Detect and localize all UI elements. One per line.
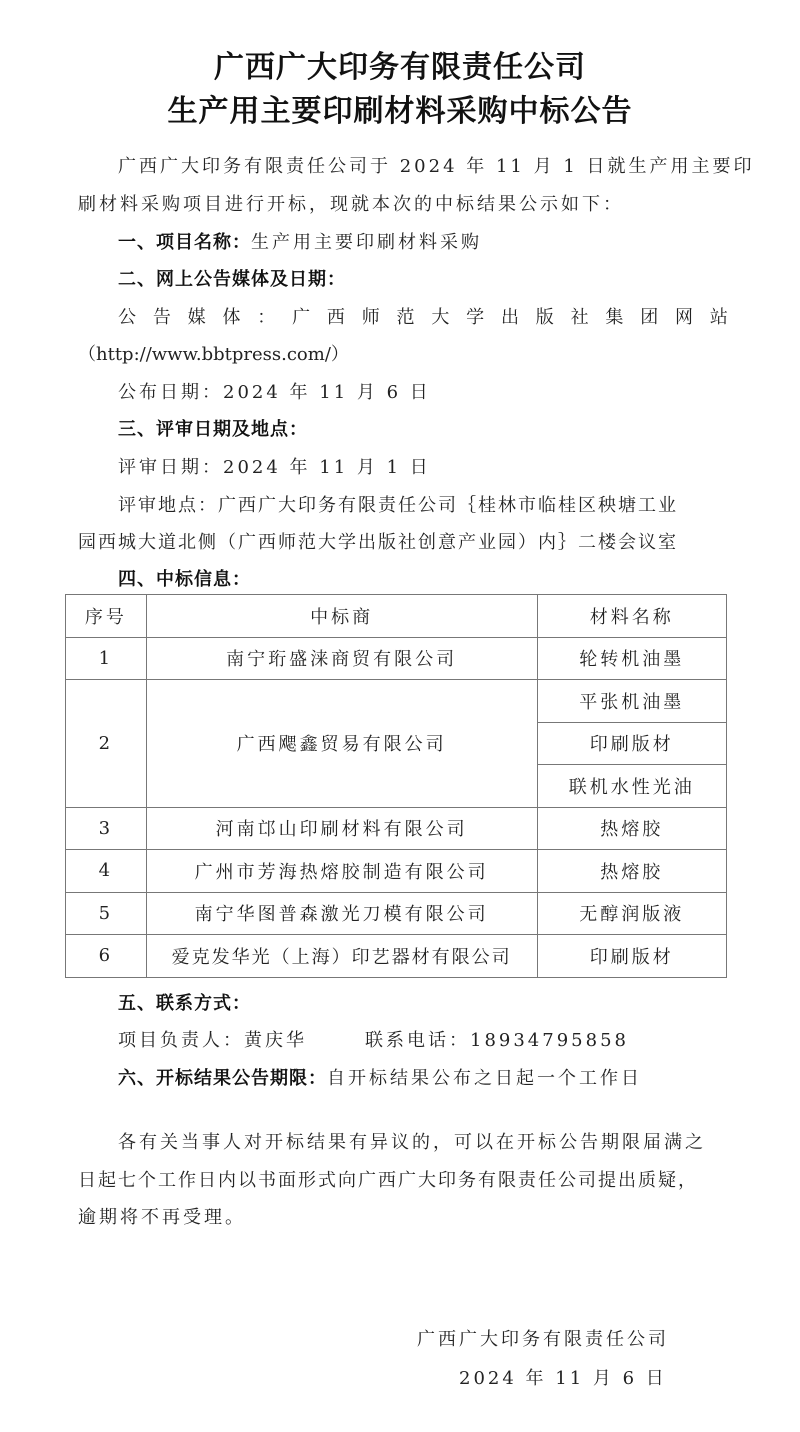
media-url-link[interactable]: （http://www.bbtpress.com/） (78, 343, 349, 367)
section-bid-info-heading: 四、中标信息： (118, 568, 251, 592)
header-material: 材料名称 (537, 595, 726, 638)
row-vendor: 广西飔鑫贸易有限公司 (146, 680, 537, 808)
section-heading: 六、开标结果公告期限： (118, 1068, 327, 1089)
intro-line-1: 广西广大印务有限责任公司于 2024 年 11 月 1 日就生产用主要印 (118, 155, 755, 179)
project-name-value: 生产用主要印刷材料采购 (251, 232, 482, 253)
media-char: 西 (327, 306, 345, 330)
row-vendor: 南宁华图普森激光刀模有限公司 (146, 892, 537, 935)
notice-line-3: 逾期将不再受理。 (78, 1206, 246, 1230)
row-number: 5 (66, 892, 147, 935)
row-vendor: 南宁珩盛涞商贸有限公司 (146, 637, 537, 680)
table-row: 4 广州市芳海热熔胶制造有限公司 热熔胶 (66, 850, 727, 893)
media-char: 社 (571, 306, 589, 330)
media-char: 版 (536, 306, 554, 330)
media-char: 范 (397, 306, 415, 330)
review-date: 评审日期：2024 年 11 月 1 日 (118, 456, 431, 480)
section-heading: 三、评审日期及地点： (118, 419, 308, 440)
row-vendor: 爱克发华光（上海）印艺器材有限公司 (146, 935, 537, 978)
media-char: 出 (501, 306, 519, 330)
section-heading: 二、网上公告媒体及日期： (118, 269, 346, 290)
signature-date: 2024 年 11 月 6 日 (459, 1367, 667, 1391)
media-char: 师 (362, 306, 380, 330)
media-char: ： (257, 306, 275, 330)
section-contact-heading: 五、联系方式： (118, 992, 251, 1016)
document-title-company: 广西广大印务有限责任公司 (0, 42, 800, 86)
row-material: 无醇润版液 (537, 892, 726, 935)
winning-bid-table: 序号 中标商 材料名称 1 南宁珩盛涞商贸有限公司 轮转机油墨 2 广西飔鑫贸易… (65, 594, 727, 978)
media-char: 站 (710, 306, 728, 330)
media-label-line: 公 告 媒 体 ： 广 西 师 范 大 学 出 版 社 集 团 网 站 (118, 306, 728, 330)
review-location-line-2: 园西城大道北侧（广西师范大学出版社创意产业园）内｝二楼会议室 (78, 531, 678, 555)
media-char: 学 (466, 306, 484, 330)
section-media-heading: 二、网上公告媒体及日期： (118, 268, 346, 292)
table-row: 6 爱克发华光（上海）印艺器材有限公司 印刷版材 (66, 935, 727, 978)
media-char: 广 (292, 306, 310, 330)
row-vendor: 河南邙山印刷材料有限公司 (146, 807, 537, 850)
media-char: 告 (153, 306, 171, 330)
document-title-subject: 生产用主要印刷材料采购中标公告 (0, 86, 800, 130)
notice-line-2: 日起七个工作日内以书面形式向广西广大印务有限责任公司提出质疑， (78, 1169, 698, 1193)
row-material: 热熔胶 (537, 807, 726, 850)
section-review-heading: 三、评审日期及地点： (118, 418, 308, 442)
media-char: 集 (605, 306, 623, 330)
row-material: 印刷版材 (537, 935, 726, 978)
notice-line-1: 各有关当事人对开标结果有异议的，可以在开标公告期限届满之 (118, 1131, 706, 1155)
section-heading: 五、联系方式： (118, 993, 251, 1014)
row-number: 2 (66, 680, 147, 808)
announcement-period-value: 自开标结果公布之日起一个工作日 (327, 1068, 642, 1089)
row-material: 轮转机油墨 (537, 637, 726, 680)
media-char: 体 (222, 306, 240, 330)
table-header-row: 序号 中标商 材料名称 (66, 595, 727, 638)
contact-phone: 联系电话：18934795858 (365, 1029, 629, 1053)
table-row: 3 河南邙山印刷材料有限公司 热熔胶 (66, 807, 727, 850)
table-row: 5 南宁华图普森激光刀模有限公司 无醇润版液 (66, 892, 727, 935)
contact-person: 项目负责人：黄庆华 (118, 1029, 307, 1053)
section-project-name: 一、项目名称：生产用主要印刷材料采购 (118, 231, 482, 255)
row-material: 联机水性光油 (537, 765, 726, 808)
table-row: 1 南宁珩盛涞商贸有限公司 轮转机油墨 (66, 637, 727, 680)
media-char: 大 (431, 306, 449, 330)
header-number: 序号 (66, 595, 147, 638)
review-location-line-1: 评审地点：广西广大印务有限责任公司｛桂林市临桂区秧塘工业 (118, 494, 678, 518)
section-heading: 四、中标信息： (118, 569, 251, 590)
row-number: 6 (66, 935, 147, 978)
row-material: 印刷版材 (537, 722, 726, 765)
media-char: 团 (640, 306, 658, 330)
signature-company: 广西广大印务有限责任公司 (417, 1328, 669, 1352)
section-announcement-period: 六、开标结果公告期限：自开标结果公布之日起一个工作日 (118, 1067, 642, 1091)
row-number: 3 (66, 807, 147, 850)
row-material: 热熔胶 (537, 850, 726, 893)
publish-date: 公布日期：2024 年 11 月 6 日 (118, 381, 431, 405)
header-vendor: 中标商 (146, 595, 537, 638)
media-char: 公 (118, 306, 136, 330)
intro-line-2: 刷材料采购项目进行开标，现就本次的中标结果公示如下： (78, 193, 624, 217)
section-heading: 一、项目名称： (118, 232, 251, 253)
media-char: 网 (675, 306, 693, 330)
row-number: 4 (66, 850, 147, 893)
table-row: 2 广西飔鑫贸易有限公司 平张机油墨 (66, 680, 727, 723)
row-vendor: 广州市芳海热熔胶制造有限公司 (146, 850, 537, 893)
media-char: 媒 (188, 306, 206, 330)
row-material: 平张机油墨 (537, 680, 726, 723)
row-number: 1 (66, 637, 147, 680)
